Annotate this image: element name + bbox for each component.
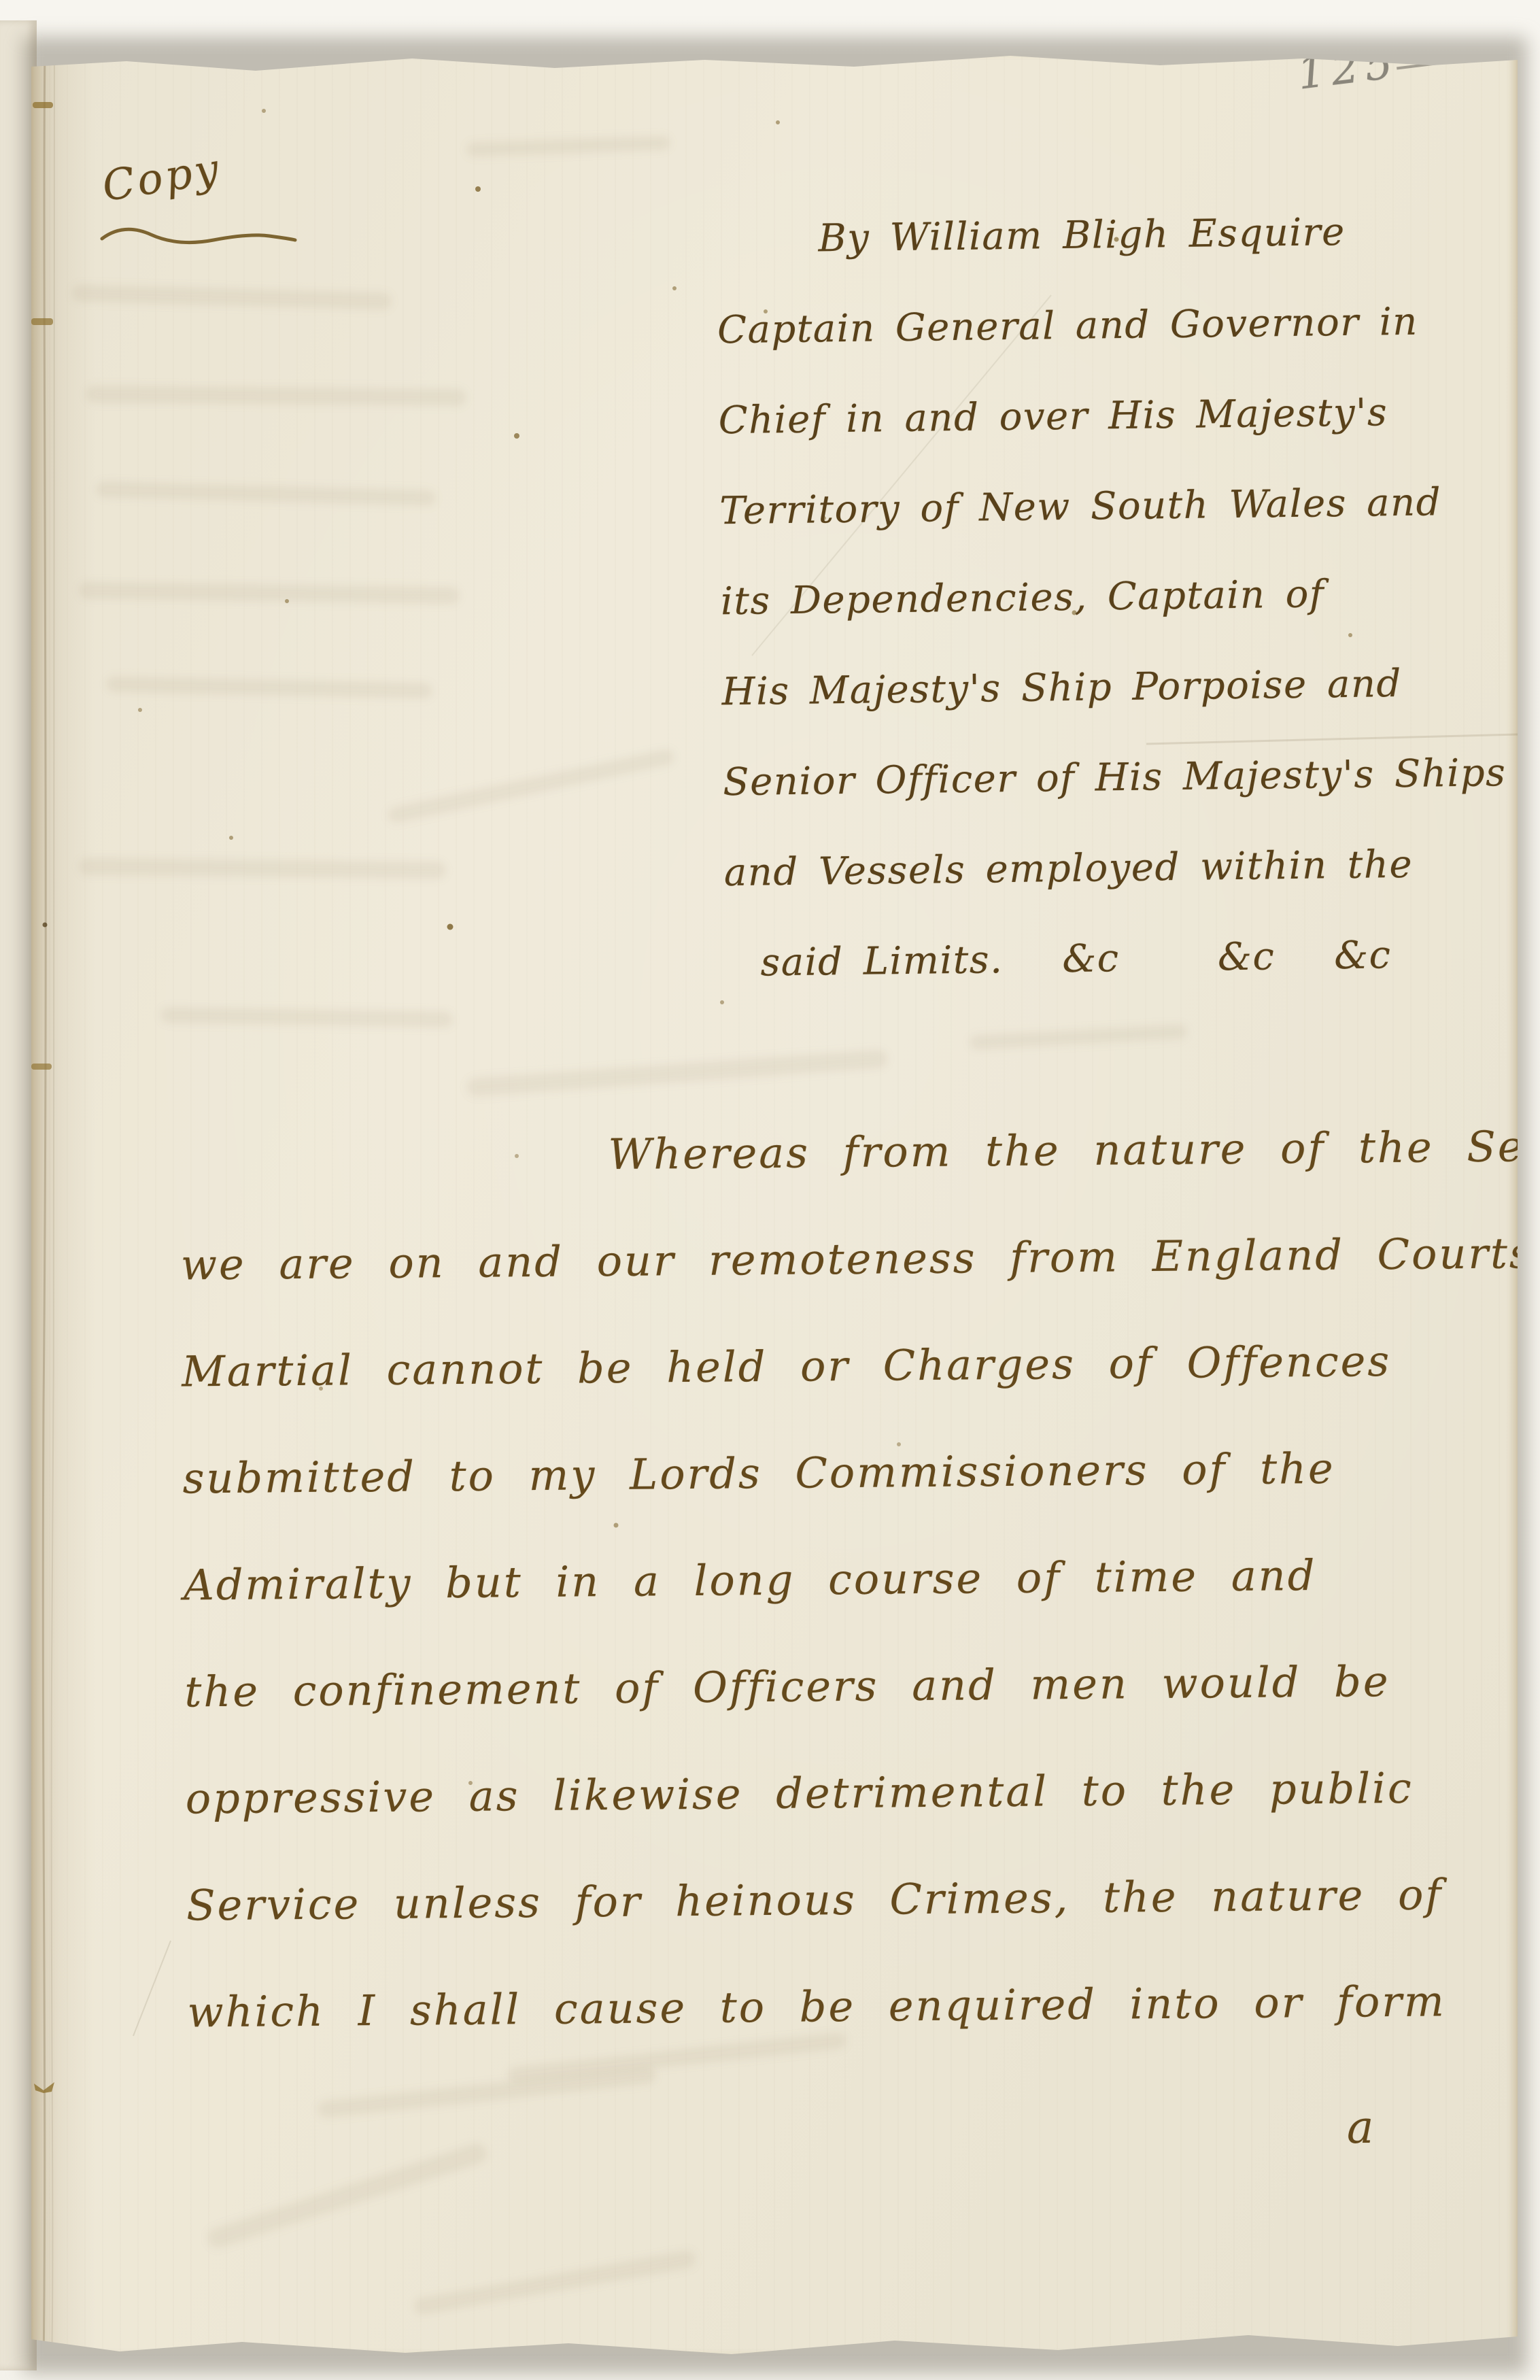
heading-line: and Vessels employed within the: [723, 818, 1527, 918]
ink-showthrough: [79, 857, 446, 879]
copy-flourish: [102, 229, 295, 242]
body-line: Service unless for heinous Crimes, the n…: [186, 1840, 1512, 1958]
ink-showthrough: [466, 135, 671, 157]
ink-showthrough: [106, 676, 432, 699]
body-line: oppressive as likewise detrimental to th…: [185, 1733, 1511, 1852]
heading-line: His Majesty's Ship Porpoise and: [721, 637, 1525, 737]
body-line: Martial cannot be held or Charges of Off…: [182, 1307, 1508, 1425]
body-line: Admiralty but in a long course of time a…: [183, 1520, 1509, 1638]
copy-annotation: Copy: [99, 143, 224, 211]
ink-showthrough: [72, 284, 392, 310]
body-block: Whereas from the nature of the Service w…: [179, 1093, 1513, 2066]
ink-showthrough: [970, 1024, 1188, 1051]
body-line: Whereas from the nature of the Service: [179, 1093, 1506, 1212]
ink-showthrough: [205, 2141, 490, 2250]
ink-showthrough: [79, 581, 460, 605]
heading-line: Captain General and Governor in: [717, 275, 1520, 375]
heading-line: Territory of New South Wales and: [719, 456, 1523, 556]
body-line: submitted to my Lords Commissioners of t…: [182, 1414, 1509, 1532]
ink-showthrough: [413, 2249, 697, 2317]
manuscript-page: 125 Copy By William Bligh Esquire Captai…: [31, 44, 1518, 2365]
body-line: which I shall cause to be enquired into …: [187, 1947, 1513, 2065]
heading-line: its Dependencies, Captain of: [720, 547, 1524, 647]
body-line: the confinement of Officers and men woul…: [184, 1627, 1511, 1745]
scan-background: 125 Copy By William Bligh Esquire Captai…: [0, 0, 1540, 2380]
heading-line: said Limits. &c &c &c: [725, 908, 1528, 1008]
catchword: a: [1347, 2101, 1373, 2154]
heading-line: Chief in and over His Majesty's: [718, 366, 1522, 466]
heading-line: Senior Officer of His Majesty's Ships: [722, 728, 1526, 828]
heading-block: By William Bligh Esquire Captain General…: [716, 185, 1528, 1008]
ink-showthrough: [160, 1007, 453, 1028]
ink-showthrough: [86, 386, 466, 407]
ink-showthrough: [96, 481, 436, 506]
ink-showthrough: [317, 2066, 657, 2119]
heading-line: By William Bligh Esquire: [716, 185, 1520, 285]
ink-showthrough: [466, 1049, 888, 1097]
body-line: we are on and our remoteness from Englan…: [180, 1200, 1507, 1319]
scratch-mark: [133, 1941, 171, 2036]
ink-showthrough: [386, 748, 676, 825]
